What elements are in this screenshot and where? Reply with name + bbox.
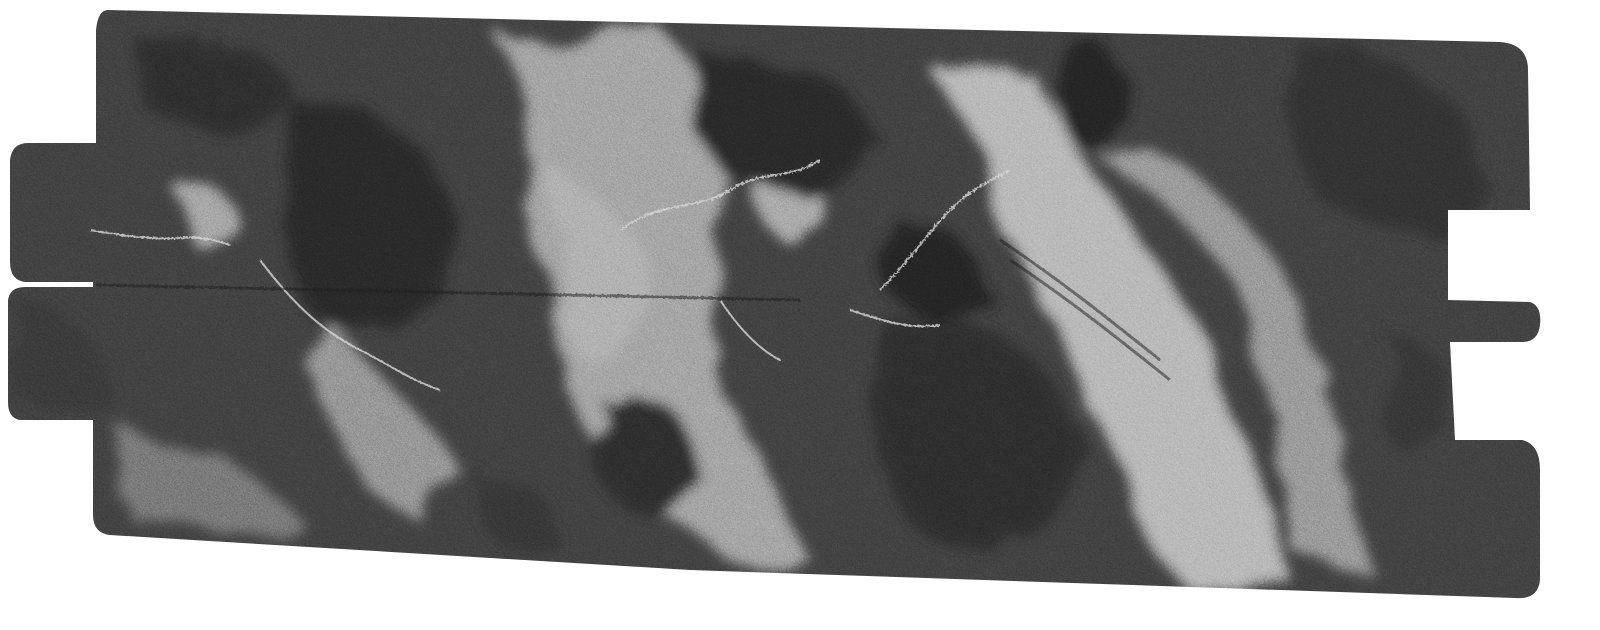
radar-mosaic — [0, 0, 1600, 630]
